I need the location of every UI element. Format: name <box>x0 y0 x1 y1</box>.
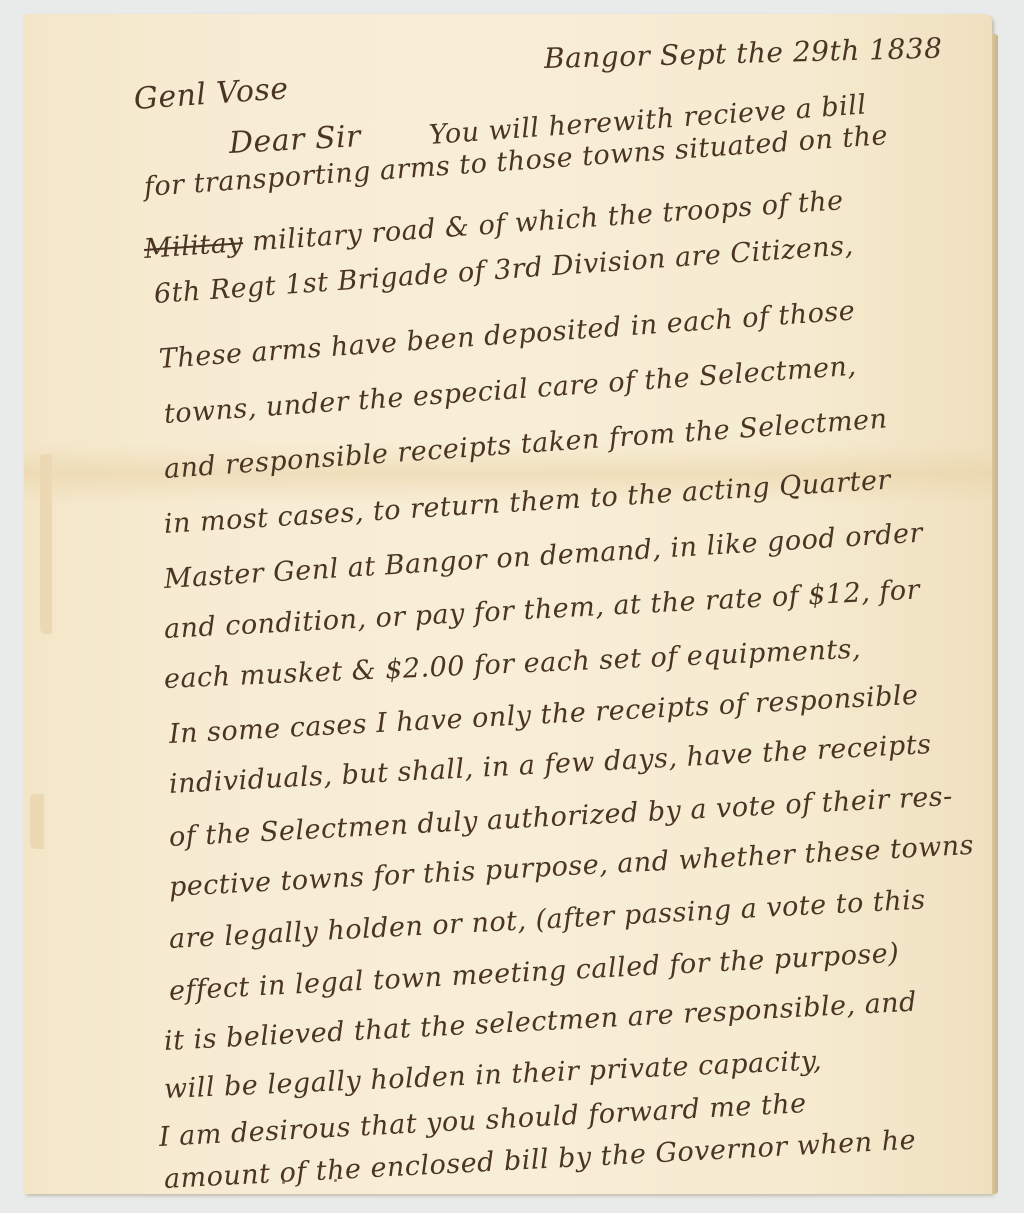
dateline: Bangor Sept the 29th 1838 <box>544 32 943 75</box>
ink-speck <box>282 1181 285 1184</box>
letter-page: Bangor Sept the 29th 1838 Genl Vose Dear… <box>24 14 992 1194</box>
letter-line: each musket & $2.00 for each set of equi… <box>163 634 861 695</box>
ink-speck <box>334 1179 337 1182</box>
salutation: Dear Sir <box>228 119 362 161</box>
handwritten-letter: Bangor Sept the 29th 1838 Genl Vose Dear… <box>24 14 992 1194</box>
struck-word: Militay <box>143 227 244 265</box>
addressee: Genl Vose <box>133 71 290 117</box>
